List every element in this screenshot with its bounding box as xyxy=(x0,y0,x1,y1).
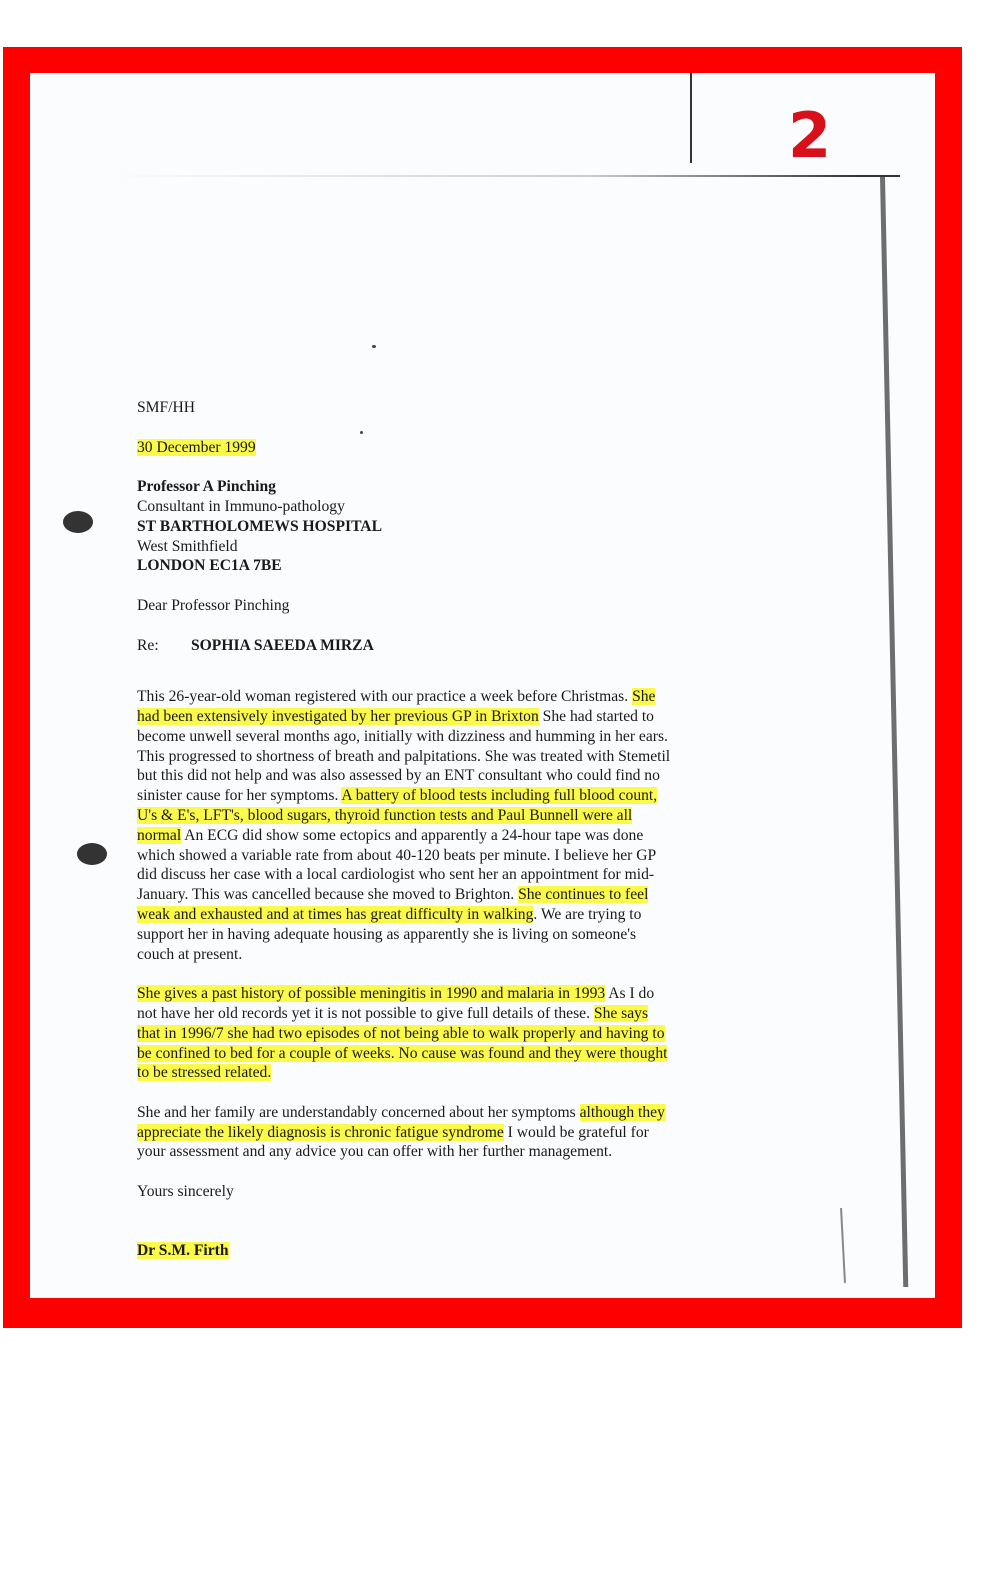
paragraph-1: This 26-year-old woman registered with o… xyxy=(137,687,777,964)
page-marker-handwritten: 2 xyxy=(788,105,831,167)
paragraph-2: She gives a past history of possible men… xyxy=(137,984,777,1083)
highlighted-text: She xyxy=(632,688,655,705)
text-line: U's & E's, LFT's, blood sugars, thyroid … xyxy=(137,806,777,826)
text-line: sinister cause for her symptoms. A batte… xyxy=(137,786,777,806)
text-line: be confined to bed for a couple of weeks… xyxy=(137,1044,777,1064)
text-segment: . We are trying to xyxy=(533,906,641,923)
text-line: become unwell several months ago, initia… xyxy=(137,727,777,747)
recipient-organisation: ST BARTHOLOMEWS HOSPITAL xyxy=(137,517,777,537)
recipient-title: Consultant in Immuno-pathology xyxy=(137,497,777,517)
text-line: She and her family are understandably co… xyxy=(137,1103,777,1123)
text-line: that in 1996/7 she had two episodes of n… xyxy=(137,1024,777,1044)
highlighted-text: be confined to bed for a couple of weeks… xyxy=(137,1045,667,1062)
text-segment: She and her family are understandably co… xyxy=(137,1104,580,1121)
highlighted-text: U's & E's, LFT's, blood sugars, thyroid … xyxy=(137,807,632,824)
text-line: your assessment and any advice you can o… xyxy=(137,1142,777,1162)
subject-line: Re:SOPHIA SAEEDA MIRZA xyxy=(137,636,777,656)
highlighted-text: She says xyxy=(594,1005,648,1022)
text-line: not have her old records yet it is not p… xyxy=(137,1004,777,1024)
letter-paragraphs: This 26-year-old woman registered with o… xyxy=(137,687,777,1162)
text-segment: She had started to xyxy=(539,708,654,725)
text-line: January. This was cancelled because she … xyxy=(137,885,777,905)
reference-code: SMF/HH xyxy=(137,398,777,418)
text-line: weak and exhausted and at times has grea… xyxy=(137,905,777,925)
text-line: normal An ECG did show some ectopics and… xyxy=(137,826,777,846)
highlighted-text: had been extensively investigated by her… xyxy=(137,708,539,725)
scan-speck xyxy=(372,345,376,348)
signatory: Dr S.M. Firth xyxy=(137,1242,229,1259)
punch-hole-icon xyxy=(77,843,107,865)
fold-line-vertical xyxy=(690,73,692,163)
text-segment: sinister cause for her symptoms. xyxy=(137,787,341,804)
letter-date: 30 December 1999 xyxy=(137,439,256,456)
highlighted-text: She gives a past history of possible men… xyxy=(137,985,605,1002)
closing: Yours sincerely xyxy=(137,1182,777,1202)
text-line: support her in having adequate housing a… xyxy=(137,925,777,945)
text-segment: which showed a variable rate from about … xyxy=(137,847,656,864)
patient-name: SOPHIA SAEEDA MIRZA xyxy=(191,637,374,654)
sheet-edge-mark xyxy=(840,1208,846,1283)
text-segment: This progressed to shortness of breath a… xyxy=(137,748,670,765)
text-line: This 26-year-old woman registered with o… xyxy=(137,687,777,707)
text-line: did discuss her case with a local cardio… xyxy=(137,865,777,885)
text-segment: This 26-year-old woman registered with o… xyxy=(137,688,632,705)
text-line: appreciate the likely diagnosis is chron… xyxy=(137,1123,777,1143)
text-line: She gives a past history of possible men… xyxy=(137,984,777,1004)
salutation: Dear Professor Pinching xyxy=(137,596,777,616)
fold-line-horizontal xyxy=(110,175,900,177)
subject-label: Re: xyxy=(137,636,191,656)
text-segment: but this did not help and was also asses… xyxy=(137,767,660,784)
text-line: This progressed to shortness of breath a… xyxy=(137,747,777,767)
highlighted-text: although they xyxy=(580,1104,665,1121)
highlighted-text: appreciate the likely diagnosis is chron… xyxy=(137,1124,504,1141)
text-segment: your assessment and any advice you can o… xyxy=(137,1143,612,1160)
highlighted-text: that in 1996/7 she had two episodes of n… xyxy=(137,1025,665,1042)
text-segment: become unwell several months ago, initia… xyxy=(137,728,668,745)
letter-body: SMF/HH 30 December 1999 Professor A Pinc… xyxy=(137,398,777,1261)
text-line: which showed a variable rate from about … xyxy=(137,846,777,866)
text-segment: I would be grateful for xyxy=(504,1124,649,1141)
paragraph-3: She and her family are understandably co… xyxy=(137,1103,777,1162)
text-segment: January. This was cancelled because she … xyxy=(137,886,518,903)
text-line: couch at present. xyxy=(137,945,777,965)
highlighted-text: to be stressed related. xyxy=(137,1064,271,1081)
text-line: had been extensively investigated by her… xyxy=(137,707,777,727)
sheet-edge-shadow xyxy=(880,177,916,1287)
text-line: but this did not help and was also asses… xyxy=(137,766,777,786)
text-segment: An ECG did show some ectopics and appare… xyxy=(181,827,643,844)
highlighted-text: She continues to feel xyxy=(518,886,648,903)
recipient-street: West Smithfield xyxy=(137,537,777,557)
text-segment: As I do xyxy=(605,985,654,1002)
highlighted-text: weak and exhausted and at times has grea… xyxy=(137,906,533,923)
text-segment: did discuss her case with a local cardio… xyxy=(137,866,654,883)
recipient-city-postcode: LONDON EC1A 7BE xyxy=(137,556,777,576)
highlighted-text: normal xyxy=(137,827,181,844)
text-segment: support her in having adequate housing a… xyxy=(137,926,636,943)
recipient-name: Professor A Pinching xyxy=(137,477,777,497)
scanned-letter-page: 2 SMF/HH 30 December 1999 Professor A Pi… xyxy=(30,73,935,1298)
text-line: to be stressed related. xyxy=(137,1063,777,1083)
text-segment: not have her old records yet it is not p… xyxy=(137,1005,594,1022)
punch-hole-icon xyxy=(63,511,93,533)
text-segment: couch at present. xyxy=(137,946,242,963)
highlighted-text: A battery of blood tests including full … xyxy=(341,787,657,804)
